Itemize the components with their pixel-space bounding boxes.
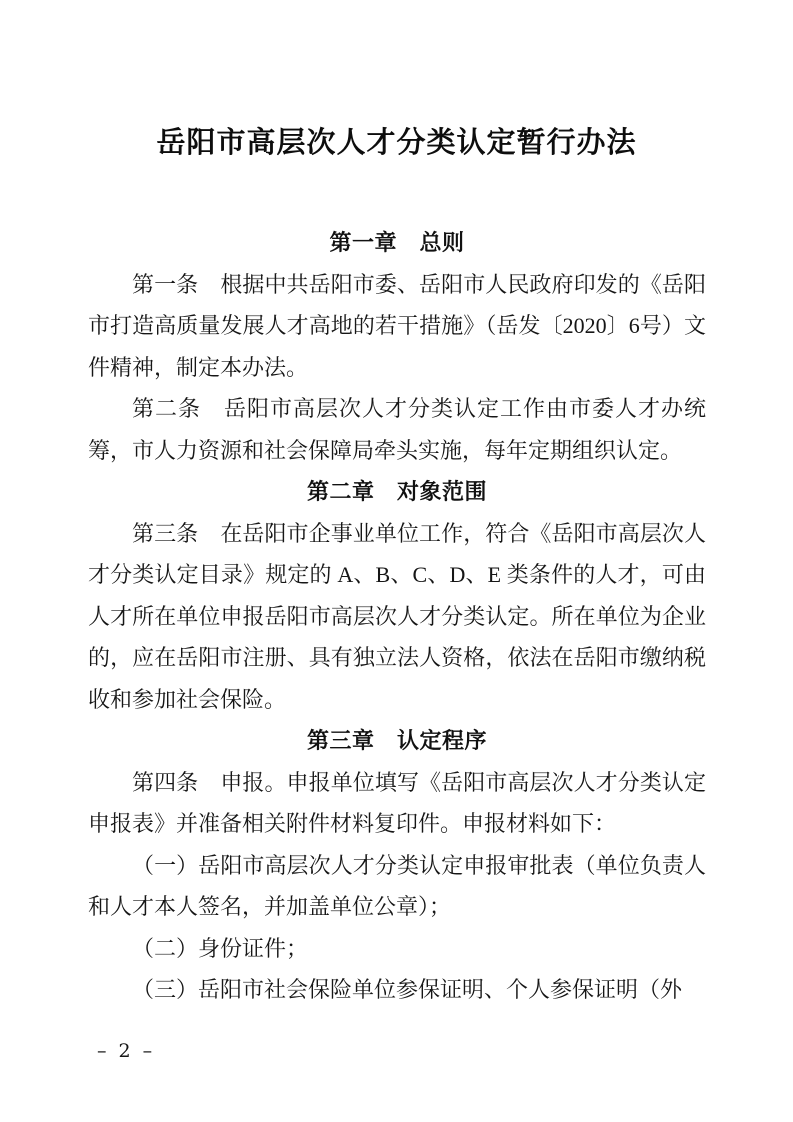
- paragraph-article-2: 第二条 岳阳市高层次人才分类认定工作由市委人才办统筹，市人力资源和社会保障局牵头…: [88, 388, 706, 471]
- page-number: – 2 –: [97, 1040, 155, 1062]
- document-body: 第一章 总则 第一条 根据中共岳阳市委、岳阳市人民政府印发的《岳阳市打造高质量发…: [88, 222, 706, 1011]
- paragraph-item-1: （一）岳阳市高层次人才分类认定申报审批表（单位负责人和人才本人签名，并加盖单位公…: [88, 845, 706, 928]
- paragraph-item-2: （二）身份证件；: [88, 928, 706, 970]
- document-page: 岳阳市高层次人才分类认定暂行办法 第一章 总则 第一条 根据中共岳阳市委、岳阳市…: [0, 0, 793, 1122]
- paragraph-article-1: 第一条 根据中共岳阳市委、岳阳市人民政府印发的《岳阳市打造高质量发展人才高地的若…: [88, 264, 706, 389]
- chapter-3-heading: 第三章 认定程序: [88, 720, 706, 762]
- document-title: 岳阳市高层次人才分类认定暂行办法: [0, 126, 793, 161]
- chapter-2-heading: 第二章 对象范围: [88, 471, 706, 513]
- paragraph-article-4: 第四条 申报。申报单位填写《岳阳市高层次人才分类认定申报表》并准备相关附件材料复…: [88, 762, 706, 845]
- chapter-1-heading: 第一章 总则: [88, 222, 706, 264]
- paragraph-article-3: 第三条 在岳阳市企事业单位工作，符合《岳阳市高层次人才分类认定目录》规定的 A、…: [88, 513, 706, 721]
- paragraph-item-3: （三）岳阳市社会保险单位参保证明、个人参保证明（外: [88, 969, 706, 1011]
